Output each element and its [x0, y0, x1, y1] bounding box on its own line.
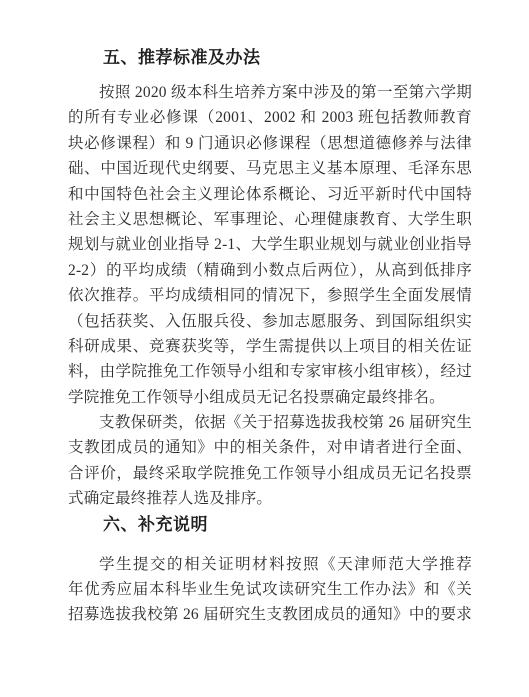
- text-line: 支教保研类，依据《关于招募选拔我校第 26 届研究生: [68, 410, 472, 435]
- text-line: 按照 2020 级本科生培养方案中涉及的第一至第六学期: [68, 80, 472, 105]
- text-line: 学院推免工作领导小组成员无记名投票确定最终排名。: [68, 385, 472, 410]
- section-6-paragraph-1: 学生提交的相关证明材料按照《天津师范大学推荐 2024年优秀应届本科毕业生免试攻…: [68, 552, 472, 628]
- text-line: 科研成果、竞赛获奖等，学生需提供以上项目的相关佐证材: [68, 334, 472, 359]
- text-line: 招募选拔我校第 26 届研究生支教团成员的通知》中的要求: [68, 602, 472, 627]
- text-line: 支教团成员的通知》中的相关条件，对申请者进行全面、综: [68, 435, 472, 460]
- text-line: 社会主义思想概论、军事理论、心理健康教育、大学生职业: [68, 207, 472, 232]
- text-line: 和中国特色社会主义理论体系概论、习近平新时代中国特色: [68, 182, 472, 207]
- section-6-heading: 六、补充说明: [68, 515, 472, 535]
- text-line: 合评价，最终采取学院推免工作领导小组成员无记名投票方: [68, 461, 472, 486]
- document-page: 五、推荐标准及办法 按照 2020 级本科生培养方案中涉及的第一至第六学期的所有…: [0, 0, 529, 697]
- text-line: 的所有专业必修课（2001、2002 和 2003 班包括教师教育模: [68, 105, 472, 130]
- text-line: 学生提交的相关证明材料按照《天津师范大学推荐 2024: [68, 552, 472, 577]
- section-5-paragraph-1: 按照 2020 级本科生培养方案中涉及的第一至第六学期的所有专业必修课（2001…: [68, 80, 472, 410]
- text-line: 式确定最终推荐人选及排序。: [68, 486, 472, 511]
- section-5-paragraph-2: 支教保研类，依据《关于招募选拔我校第 26 届研究生支教团成员的通知》中的相关条…: [68, 410, 472, 512]
- text-line: 2-2）的平均成绩（精确到小数点后两位），从高到低排序并: [68, 258, 472, 283]
- text-line: 础、中国近现代史纲要、马克思主义基本原理、毛泽东思想: [68, 156, 472, 181]
- text-line: 块必修课程）和 9 门通识必修课程（思想道德修养与法律基: [68, 131, 472, 156]
- text-line: 规划与就业创业指导 2-1、大学生职业规划与就业创业指导: [68, 232, 472, 257]
- text-line: 料，由学院推免工作领导小组和专家审核小组审核），经过: [68, 359, 472, 384]
- text-line: （包括获奖、入伍服兵役、参加志愿服务、到国际组织实习、: [68, 309, 472, 334]
- text-line: 年优秀应届本科毕业生免试攻读研究生工作办法》和《关于: [68, 577, 472, 602]
- section-5-heading: 五、推荐标准及办法: [68, 48, 472, 68]
- text-line: 依次推荐。平均成绩相同的情况下，参照学生全面发展情况: [68, 283, 472, 308]
